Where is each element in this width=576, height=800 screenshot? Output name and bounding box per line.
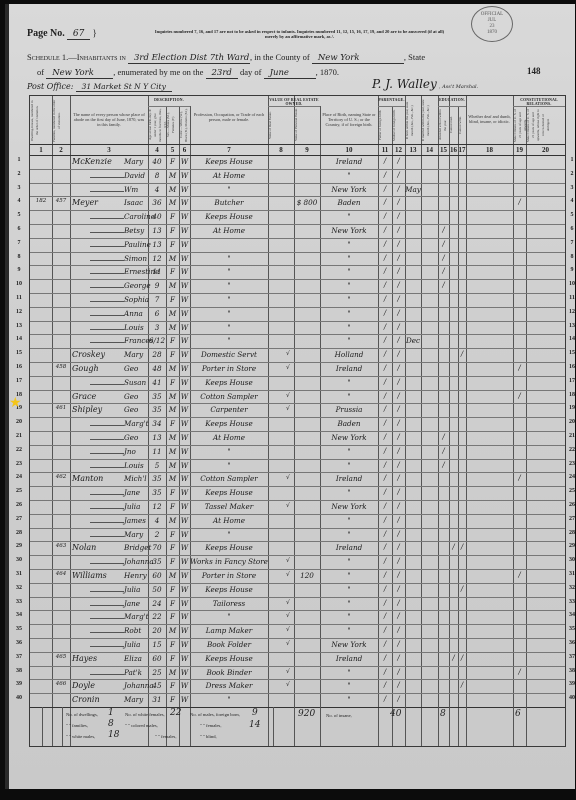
footer-divider <box>405 707 406 746</box>
row-divider <box>30 610 565 611</box>
column-heading-7: Profession, Occupation, or Trade of each… <box>192 112 266 122</box>
cell-c19: / <box>513 364 526 372</box>
cell-occ: At Home <box>190 516 268 525</box>
row-divider <box>30 583 565 584</box>
females-foreign-count: 14 <box>249 720 260 730</box>
cell-birth: Ireland <box>320 157 378 166</box>
line-number: 40 <box>12 695 26 701</box>
given-name: Simon <box>124 254 147 263</box>
check-mark: √ <box>286 612 290 619</box>
cell-birth: " <box>320 626 378 635</box>
cell-birth: " <box>320 488 378 497</box>
ditto-dash <box>90 563 124 564</box>
line-number: 13 <box>565 323 576 329</box>
cell-sex: F <box>166 654 179 663</box>
cell-m: / <box>392 392 405 400</box>
cell-age: 35 <box>148 488 166 497</box>
cell-occ: " <box>190 185 268 194</box>
cell-color: W <box>179 281 190 290</box>
cell-birth: " <box>320 240 378 249</box>
column-divider <box>513 96 514 746</box>
row-divider <box>30 155 565 156</box>
cell-color: W <box>179 185 190 194</box>
column-heading-1: Dwelling-houses, numbered in the order o… <box>30 99 52 142</box>
cell-color: W <box>179 323 190 332</box>
enumerated-label: , enumerated by me on the <box>113 67 203 77</box>
line-number: 39 <box>12 681 26 687</box>
column-heading-2: Families, numbered in the order of visit… <box>52 99 70 142</box>
ditto-dash <box>90 273 124 274</box>
cell-sex: F <box>166 378 179 387</box>
row-divider <box>30 169 565 170</box>
cell-sex: M <box>166 254 179 263</box>
cell-sex: M <box>166 626 179 635</box>
cell-age: 40 <box>148 157 166 166</box>
line-number: 17 <box>565 378 576 384</box>
cell-m: / <box>392 405 405 413</box>
line-number: 18 <box>565 392 576 398</box>
line-number: 11 <box>12 295 26 301</box>
marshal-label: , Ass't Marshal. <box>439 84 478 90</box>
column-divider <box>52 96 53 746</box>
cell-m: / <box>392 309 405 317</box>
check-mark: √ <box>286 557 290 564</box>
cell-occ: " <box>190 447 268 456</box>
footer-divider <box>526 707 527 746</box>
cell-age: 22 <box>148 612 166 621</box>
cell-sex: F <box>166 557 179 566</box>
column-number: 14 <box>421 146 438 154</box>
footer-divider <box>438 707 439 746</box>
row-divider <box>30 403 565 404</box>
line-number: 15 <box>12 350 26 356</box>
row-divider <box>30 472 565 473</box>
cell-age: 6 <box>148 309 166 318</box>
post-office-value: 31 Market St N Y City <box>76 82 172 92</box>
column-number: 5 <box>166 146 179 154</box>
column-heading-3: The name of every person whose place of … <box>72 112 146 127</box>
cell-color: W <box>179 364 190 373</box>
cell-sex: F <box>166 585 179 594</box>
cell-age: 60 <box>148 654 166 663</box>
check-mark: √ <box>286 626 290 633</box>
cell-occ: Keeps House <box>190 419 268 428</box>
cell-m: / <box>392 336 405 344</box>
cell-f: / <box>378 543 392 551</box>
cell-birth: " <box>320 323 378 332</box>
cell-m: / <box>392 557 405 565</box>
cell-age: 5 <box>148 461 166 470</box>
footer-divider <box>320 707 321 746</box>
given-name: Geo <box>124 433 138 442</box>
row-divider <box>30 431 565 432</box>
row-divider <box>30 252 565 253</box>
ditto-dash <box>90 536 124 537</box>
cell-birth: Baden <box>320 419 378 428</box>
cell-age: 11 <box>148 447 166 456</box>
surname: Hayes <box>72 654 97 663</box>
check-mark: √ <box>286 502 290 509</box>
cell-age: 4 <box>148 516 166 525</box>
state-value: New York <box>46 68 113 79</box>
given-name: Mary <box>124 530 143 539</box>
cell-birth: Holland <box>320 350 378 359</box>
line-number: 10 <box>12 281 26 287</box>
cell-m: / <box>392 171 405 179</box>
cell-f: / <box>378 323 392 331</box>
cell-color: W <box>179 226 190 235</box>
cell-sex: F <box>166 212 179 221</box>
cell-sex: M <box>166 447 179 456</box>
column-divider <box>526 106 527 746</box>
cell-dw: 182 <box>30 198 52 204</box>
cell-c15: / <box>438 240 449 248</box>
ditto-dash <box>90 632 124 633</box>
cell-f: / <box>378 654 392 662</box>
post-office-label: Post Office: <box>27 82 73 91</box>
cell-birth: " <box>320 681 378 690</box>
ditto-dash <box>90 287 124 288</box>
row-divider <box>30 486 565 487</box>
cell-age: 34 <box>148 419 166 428</box>
cell-birth: " <box>320 267 378 276</box>
cell-c17: / <box>458 350 466 358</box>
cell-occ: " <box>190 612 268 621</box>
cell-f: / <box>378 626 392 634</box>
cell-f: / <box>378 447 392 455</box>
row-divider <box>30 417 565 418</box>
cell-m: / <box>392 516 405 524</box>
line-number: 6 <box>565 226 576 232</box>
cell-sex: M <box>166 668 179 677</box>
cell-f: / <box>378 571 392 579</box>
line-number: 12 <box>12 309 26 315</box>
line-number: 8 <box>565 254 576 260</box>
cell-occ: " <box>190 323 268 332</box>
cell-birth: " <box>320 254 378 263</box>
cell-birth: " <box>320 599 378 608</box>
line-number: 25 <box>565 488 576 494</box>
column-divider <box>449 96 450 746</box>
colored-males-label: " " colored males, <box>125 723 158 728</box>
insane-label: No. of insane, <box>326 713 352 718</box>
state-label: , State <box>404 52 425 62</box>
district-value: 3rd Election Dist 7th Ward <box>128 53 250 64</box>
cell-f: / <box>378 240 392 248</box>
cell-color: W <box>179 254 190 263</box>
column-number: 2 <box>52 146 70 154</box>
year-value: , 1870. <box>316 67 339 77</box>
row-divider <box>30 514 565 515</box>
given-name: Louis <box>124 461 144 470</box>
cell-birth: " <box>320 171 378 180</box>
line-number: 11 <box>565 295 576 301</box>
cell-color: W <box>179 502 190 511</box>
females-foreign-label: " " females, <box>200 723 221 728</box>
cell-color: W <box>179 543 190 552</box>
row-divider <box>30 652 565 653</box>
cell-occ: Lamp Maker <box>190 626 268 635</box>
cell-occ: Butcher <box>190 198 268 207</box>
school-total: 8 <box>440 709 446 719</box>
cell-age: 45 <box>148 681 166 690</box>
row-divider <box>30 348 565 349</box>
given-name: Henry <box>124 571 147 580</box>
column-number: 6 <box>179 146 190 154</box>
cell-occ: " <box>190 695 268 704</box>
column-heading-8: Value of Real Estate. <box>268 108 294 142</box>
ditto-dash <box>90 191 124 192</box>
ditto-dash <box>90 453 124 454</box>
enumeration-line: of New York, enumerated by me on the 23r… <box>37 67 339 79</box>
check-mark: √ <box>286 571 290 578</box>
cell-f: / <box>378 226 392 234</box>
cell-occ: Keeps House <box>190 378 268 387</box>
blind-label: " " blind, <box>200 734 217 739</box>
cell-occ: " <box>190 309 268 318</box>
line-number: 34 <box>12 612 26 618</box>
cell-c17: / <box>458 654 466 662</box>
cell-m: / <box>392 212 405 220</box>
cell-sex: F <box>166 530 179 539</box>
cell-sex: F <box>166 599 179 608</box>
column-divider <box>421 96 422 746</box>
given-name: Julia <box>124 640 140 649</box>
check-mark: √ <box>286 364 290 371</box>
cell-c19: / <box>513 392 526 400</box>
line-number: 37 <box>565 654 576 660</box>
cell-m: / <box>392 668 405 676</box>
cell-color: W <box>179 171 190 180</box>
day-value: 23rd <box>206 68 238 79</box>
ditto-dash <box>90 177 124 178</box>
line-number: 29 <box>565 543 576 549</box>
cell-color: W <box>179 336 190 345</box>
cell-f: / <box>378 267 392 275</box>
cell-color: W <box>179 668 190 677</box>
footer-divider <box>62 707 63 746</box>
cell-occ: Dress Maker <box>190 681 268 690</box>
cell-birth: " <box>320 516 378 525</box>
ditto-dash <box>90 674 124 675</box>
cell-color: W <box>179 654 190 663</box>
given-name: Marg't <box>124 612 149 621</box>
line-number: 16 <box>12 364 26 370</box>
cell-fam: 458 <box>52 364 70 370</box>
cell-sex: F <box>166 543 179 552</box>
row-divider <box>30 183 565 184</box>
families-count: 8 <box>108 719 114 729</box>
post-office-line: Post Office: 31 Market St N Y City <box>27 81 172 92</box>
cell-birth: Baden <box>320 198 378 207</box>
column-heading-14: If married within the year, state month … <box>421 99 438 142</box>
cell-m: / <box>392 267 405 275</box>
cell-birth: " <box>320 557 378 566</box>
cell-sex: F <box>166 336 179 345</box>
column-divider <box>70 96 71 746</box>
cell-age: 11 <box>148 267 166 276</box>
ditto-dash <box>90 591 124 592</box>
cell-c17: / <box>458 543 466 551</box>
cell-occ: Porter in Store <box>190 571 268 580</box>
cell-c19: / <box>513 474 526 482</box>
cell-c15: / <box>438 461 449 469</box>
cell-occ: Keeps House <box>190 654 268 663</box>
cell-color: W <box>179 571 190 580</box>
given-name: James <box>124 516 146 525</box>
check-mark: √ <box>286 474 290 481</box>
cell-c15: / <box>438 281 449 289</box>
marshal-signature: P. J. Walley <box>372 77 437 91</box>
cell-c15: / <box>438 447 449 455</box>
row-divider <box>30 597 565 598</box>
line-number: 14 <box>565 336 576 342</box>
line-number: 9 <box>565 267 576 273</box>
row-divider <box>30 279 565 280</box>
given-name: Sophia <box>124 295 149 304</box>
cell-color: W <box>179 557 190 566</box>
cell-occ: Keeps House <box>190 543 268 552</box>
cell-birth: New York <box>320 640 378 649</box>
cell-f: / <box>378 212 392 220</box>
cell-sex: M <box>166 474 179 483</box>
cell-f: / <box>378 612 392 620</box>
column-number: 16 <box>449 146 458 154</box>
cell-occ: " <box>190 530 268 539</box>
cell-m: / <box>392 364 405 372</box>
star-icon[interactable]: ★ <box>9 395 22 412</box>
cell-occ: Keeps House <box>190 157 268 166</box>
ditto-dash <box>90 315 124 316</box>
line-number: 2 <box>12 171 26 177</box>
schedule-label: Schedule 1.—Inhabitants in <box>27 52 126 62</box>
line-number: 22 <box>12 447 26 453</box>
county-label: , in the County of <box>250 52 310 62</box>
surname: Gough <box>72 364 99 373</box>
month-value: June <box>264 68 316 79</box>
given-name: Wm <box>124 185 138 194</box>
ditto-dash <box>90 246 124 247</box>
cell-birth: Ireland <box>320 364 378 373</box>
cell-pe: $ 800 <box>294 198 320 207</box>
cell-sex: M <box>166 364 179 373</box>
row-divider <box>30 265 565 266</box>
cell-fam: 466 <box>52 681 70 687</box>
cell-age: 13 <box>148 433 166 442</box>
line-number: 32 <box>12 585 26 591</box>
footer-divider <box>294 707 295 746</box>
column-heading-9: Value of Personal Estate. <box>294 108 320 142</box>
cell-birth: " <box>320 212 378 221</box>
page-number: 67 <box>67 29 90 40</box>
cell-occ: At Home <box>190 433 268 442</box>
cell-m: / <box>392 433 405 441</box>
check-mark: √ <box>286 599 290 606</box>
line-number: 7 <box>12 240 26 246</box>
ditto-dash <box>90 522 124 523</box>
cell-m: / <box>392 530 405 538</box>
cell-occ: Keeps House <box>190 212 268 221</box>
row-divider <box>30 376 565 377</box>
column-divider <box>458 106 459 746</box>
males-foreign-count: 9 <box>252 708 258 718</box>
column-heading-19: Male Citizens of U. S. of 21 years of ag… <box>513 108 526 142</box>
row-divider <box>30 390 565 391</box>
column-divider <box>466 96 467 746</box>
cell-birth: " <box>320 668 378 677</box>
cell-m: / <box>392 681 405 689</box>
cell-age: 41 <box>148 378 166 387</box>
cell-m: / <box>392 461 405 469</box>
line-number: 28 <box>565 530 576 536</box>
cell-color: W <box>179 378 190 387</box>
cell-m: / <box>392 488 405 496</box>
cell-color: W <box>179 405 190 414</box>
cell-age: 12 <box>148 502 166 511</box>
cell-color: W <box>179 599 190 608</box>
line-number: 28 <box>12 530 26 536</box>
males-foreign-label: No. of males, foreign born, <box>190 712 240 717</box>
cell-age: 48 <box>148 364 166 373</box>
cell-fam: 463 <box>52 543 70 549</box>
cell-sex: F <box>166 488 179 497</box>
cell-age: 3 <box>148 323 166 332</box>
cell-color: W <box>179 419 190 428</box>
cell-sex: M <box>166 571 179 580</box>
ditto-dash <box>90 260 124 261</box>
check-mark: √ <box>286 350 290 357</box>
cell-sex: F <box>166 157 179 166</box>
column-group-heading: PARENTAGE. <box>378 98 405 102</box>
given-name: Isaac <box>124 198 143 207</box>
surname: Williams <box>72 571 107 580</box>
ditto-dash <box>90 618 124 619</box>
cell-birth: " <box>320 530 378 539</box>
cell-age: 20 <box>148 626 166 635</box>
ditto-dash <box>90 384 124 385</box>
cell-occ: Book Binder <box>190 668 268 677</box>
line-number: 35 <box>565 626 576 632</box>
cell-color: W <box>179 240 190 249</box>
cell-age: 7 <box>148 295 166 304</box>
dwellings-count: 1 <box>108 708 114 718</box>
given-name: Pat'k <box>124 668 142 677</box>
cell-sex: F <box>166 267 179 276</box>
cell-m: / <box>392 157 405 165</box>
cell-sex: F <box>166 295 179 304</box>
line-number: 1 <box>12 157 26 163</box>
line-number: 17 <box>12 378 26 384</box>
cell-f: / <box>378 599 392 607</box>
cell-fam: 465 <box>52 654 70 660</box>
cell-fam: 464 <box>52 571 70 577</box>
column-heading-20: Male Citizens of U. S. of 21 years of ag… <box>526 108 565 142</box>
line-number: 33 <box>565 599 576 605</box>
column-group-heading: VALUE OF REAL ESTATE OWNED. <box>268 98 320 106</box>
cell-c13: May <box>405 185 421 194</box>
cell-m: / <box>392 240 405 248</box>
line-number: 30 <box>12 557 26 563</box>
sheet-number: 148 <box>527 66 541 76</box>
given-name: Jno <box>124 447 136 456</box>
ditto-dash <box>90 494 124 495</box>
row-divider <box>30 224 565 225</box>
cell-age: 12 <box>148 254 166 263</box>
cell-sex: F <box>166 419 179 428</box>
cell-color: W <box>179 612 190 621</box>
row-divider <box>30 334 565 335</box>
cell-occ: Carpenter <box>190 405 268 414</box>
